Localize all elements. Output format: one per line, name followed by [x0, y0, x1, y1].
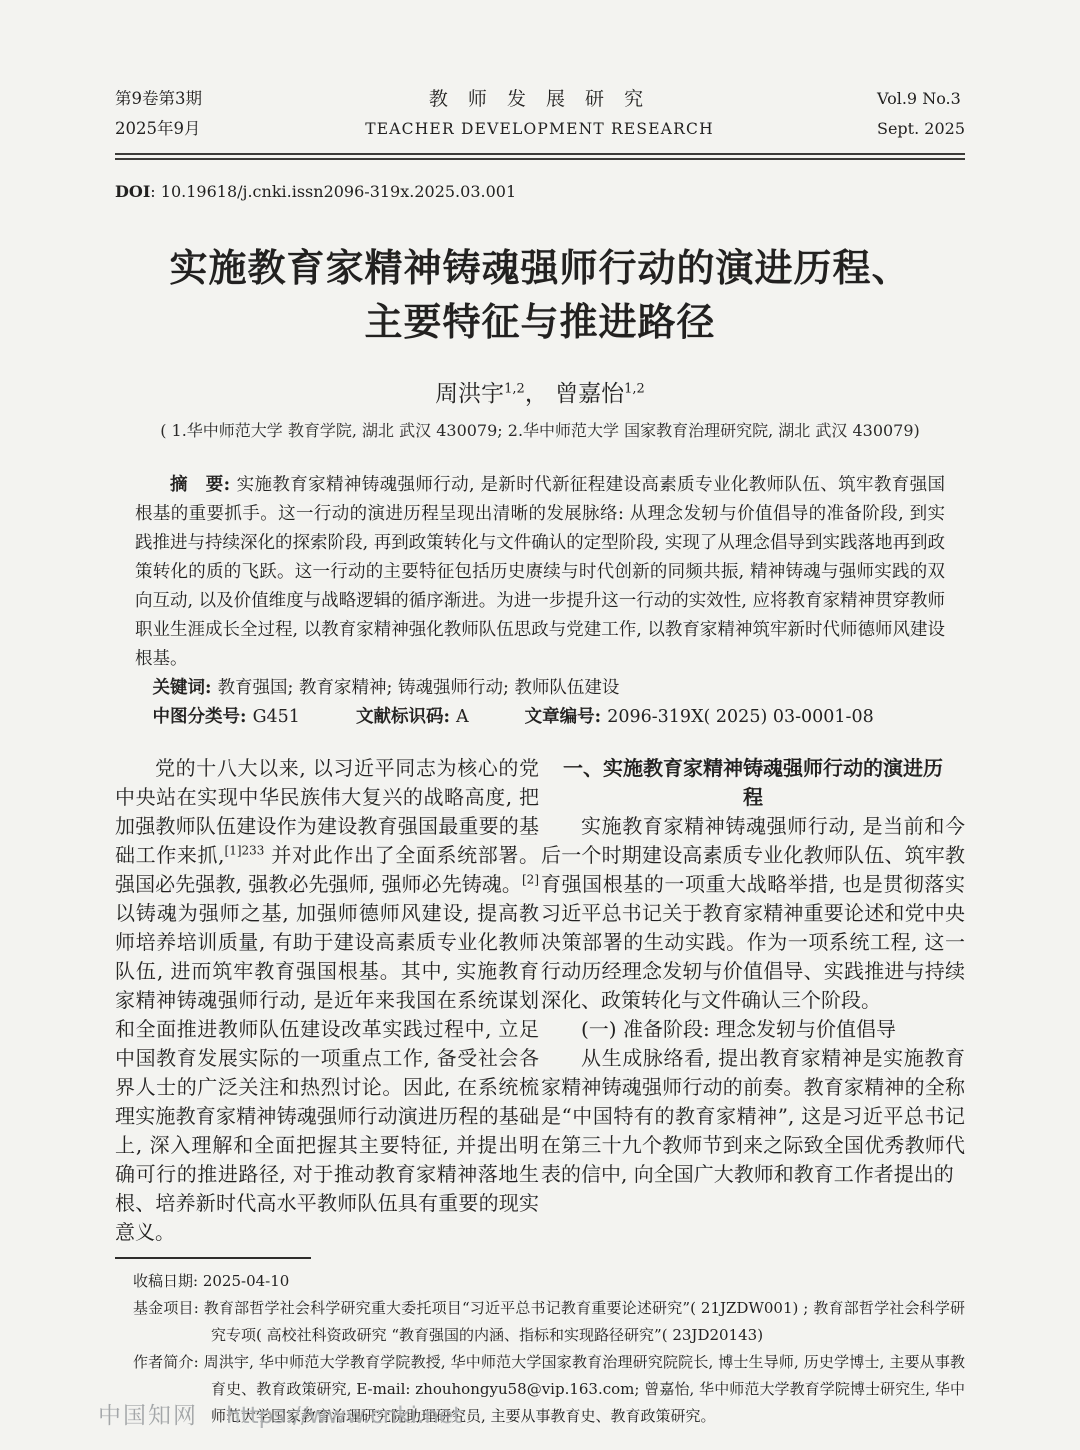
cnki-watermark: 中国知网 https://www.cnki.net: [98, 1397, 462, 1430]
body-columns: 党的十八大以来, 以习近平同志为核心的党中央站在实现中华民族伟大复兴的战略高度,…: [115, 754, 965, 1247]
citation-ref-2: [2]: [522, 872, 539, 886]
issue-date-cn: 2025年9月: [115, 114, 202, 144]
received-date-value: 2025-04-10: [203, 1272, 289, 1290]
keywords-label: 关键词:: [153, 678, 218, 698]
author-separator: ，: [525, 381, 555, 407]
article-title-line2: 主要特征与推进路径: [115, 295, 965, 349]
section-1-heading: 一、实施教育家精神铸魂强师行动的演进历程: [559, 754, 947, 812]
article-title: 实施教育家精神铸魂强师行动的演进历程、 主要特征与推进路径: [115, 241, 965, 349]
funding-note: 基金项目: 教育部哲学社会科学研究重大委托项目“习近平总书记教育重要论述研究”(…: [133, 1295, 965, 1349]
clc-value: G451: [253, 707, 300, 727]
abstract-text: 实施教育家精神铸魂强师行动, 是新时代新征程建设高素质专业化教师队伍、筑牢教育强…: [135, 475, 945, 669]
article-title-line1: 实施教育家精神铸魂强师行动的演进历程、: [115, 241, 965, 295]
volume-number-en: Vol.9 No.3: [877, 84, 965, 114]
right-column: 一、实施教育家精神铸魂强师行动的演进历程 实施教育家精神铸魂强师行动, 是当前和…: [541, 754, 965, 1247]
doi-line: DOI: 10.19618/j.cnki.issn2096-319x.2025.…: [115, 182, 965, 201]
footnote-separator-rule: [115, 1257, 311, 1259]
author-bio-label: 作者简介:: [133, 1353, 204, 1371]
running-head-right: Vol.9 No.3 Sept. 2025: [877, 84, 965, 144]
journal-title-cn: 教 师 发 展 研 究: [202, 84, 877, 114]
intro-paragraph: 党的十八大以来, 以习近平同志为核心的党中央站在实现中华民族伟大复兴的战略高度,…: [115, 754, 539, 1247]
running-head-center: 教 师 发 展 研 究 TEACHER DEVELOPMENT RESEARCH: [202, 84, 877, 144]
funding-label: 基金项目:: [133, 1299, 204, 1317]
running-head-left: 第9卷第3期 2025年9月: [115, 84, 202, 144]
document-code-value: A: [456, 707, 469, 727]
doi-label: DOI: [115, 182, 150, 201]
header-double-rule: [115, 153, 965, 160]
keywords-text: 教育强国; 教育家精神; 铸魂强师行动; 教师队伍建设: [218, 678, 620, 698]
issue-number-cn: 第9卷第3期: [115, 84, 202, 114]
cnki-site-url: https://www.cnki.net: [226, 1403, 462, 1429]
cnki-site-name: 中国知网: [98, 1397, 198, 1430]
subsection-1-1-paragraph: 从生成脉络看, 提出教育家精神是实施教育家精神铸魂强师行动的前奏。教育家精神的全…: [541, 1044, 965, 1189]
intro-text-3: 以铸魂为强师之基, 加强师德师风建设, 提高教师培养培训质量, 有助于建设高素质…: [115, 901, 539, 1244]
clc-label: 中图分类号:: [153, 707, 253, 727]
author-2-name: 曾嘉怡: [555, 381, 624, 407]
abstract-label: 摘 要:: [170, 475, 237, 495]
abstract-paragraph: 摘 要: 实施教育家精神铸魂强师行动, 是新时代新征程建设高素质专业化教师队伍、…: [135, 471, 945, 674]
subsection-1-1-heading: (一) 准备阶段: 理念发轫与价值倡导: [541, 1015, 965, 1044]
abstract-block: 摘 要: 实施教育家精神铸魂强师行动, 是新时代新征程建设高素质专业化教师队伍、…: [135, 471, 945, 732]
citation-ref-1: [1]233: [225, 843, 265, 857]
issue-date-en: Sept. 2025: [877, 114, 965, 144]
running-head: 第9卷第3期 2025年9月 教 师 发 展 研 究 TEACHER DEVEL…: [115, 84, 965, 144]
section-1-paragraph-1: 实施教育家精神铸魂强师行动, 是当前和今后一个时期建设高素质专业化教师队伍、筑牢…: [541, 812, 965, 1015]
affiliation-line: ( 1.华中师范大学 教育学院, 湖北 武汉 430079; 2.华中师范大学 …: [115, 418, 965, 441]
left-column: 党的十八大以来, 以习近平同志为核心的党中央站在实现中华民族伟大复兴的战略高度,…: [115, 754, 539, 1247]
article-id-value: 2096-319X( 2025) 03-0001-08: [607, 707, 874, 727]
article-id-label: 文章编号:: [525, 707, 608, 727]
doi-value: : 10.19618/j.cnki.issn2096-319x.2025.03.…: [150, 182, 516, 201]
author-1-name: 周洪宇: [435, 381, 504, 407]
funding-value: 教育部哲学社会科学研究重大委托项目“习近平总书记教育重要论述研究”( 21JZD…: [204, 1299, 965, 1344]
journal-first-page: 第9卷第3期 2025年9月 教 师 发 展 研 究 TEACHER DEVEL…: [0, 0, 1080, 1450]
author-2-affil-marker: 1,2: [624, 381, 645, 396]
clc-line: 中图分类号: G451文献标识码: A文章编号: 2096-319X( 2025…: [135, 703, 945, 732]
journal-title-en: TEACHER DEVELOPMENT RESEARCH: [202, 114, 877, 144]
author-1-affil-marker: 1,2: [504, 381, 525, 396]
authors-line: 周洪宇1,2， 曾嘉怡1,2: [115, 375, 965, 408]
received-date-note: 收稿日期: 2025-04-10: [133, 1268, 965, 1295]
document-code-label: 文献标识码:: [356, 707, 456, 727]
keywords-line: 关键词: 教育强国; 教育家精神; 铸魂强师行动; 教师队伍建设: [135, 674, 945, 703]
received-date-label: 收稿日期:: [133, 1272, 203, 1290]
